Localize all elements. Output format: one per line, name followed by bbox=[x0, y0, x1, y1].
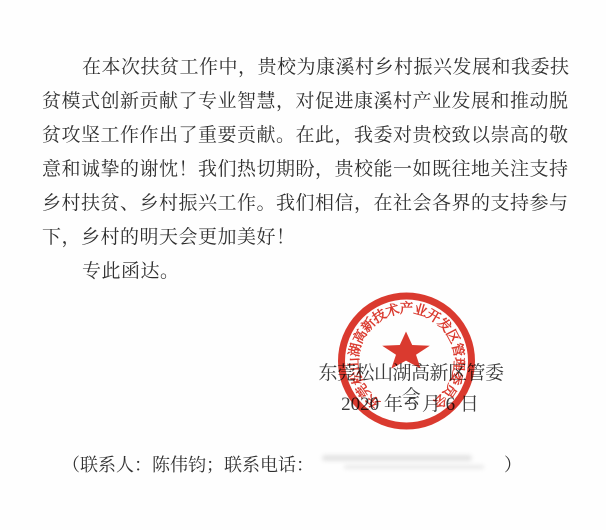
letter-body-line: 在本次扶贫工作中，贵校为康溪村乡村振兴发展和我委扶 bbox=[42, 51, 562, 85]
redacted-phone bbox=[314, 455, 504, 471]
redaction-smudge bbox=[344, 465, 484, 469]
contact-line: （联系人：陈伟钧；联系电话：） bbox=[62, 452, 522, 478]
letter-body-line: 贫攻坚工作作出了重要贡献。在此，我委对贵校致以崇高的敬 bbox=[42, 119, 562, 153]
closing-phrase: 专此函达。 bbox=[82, 255, 180, 289]
official-seal-graphic: 东莞松山湖高新技术产业开发区管理委员会 bbox=[334, 291, 479, 431]
contact-prefix: （联系人：陈伟钧；联系电话： bbox=[62, 455, 314, 475]
letter-body-line: 意和诚挚的谢忱！我们热切期盼，贵校能一如既往地关注支持 bbox=[42, 153, 562, 187]
letter-body-line: 下，乡村的明天会更加美好！ bbox=[42, 221, 562, 255]
star-icon bbox=[382, 332, 430, 369]
letter-document: 在本次扶贫工作中，贵校为康溪村乡村振兴发展和我委扶 贫模式创新贡献了专业智慧，对… bbox=[0, 0, 606, 530]
svg-text:山: 山 bbox=[346, 357, 362, 371]
svg-text:管: 管 bbox=[449, 342, 468, 359]
contact-suffix: ） bbox=[504, 455, 522, 475]
letter-body-line: 乡村扶贫、乡村振兴工作。我们相信，在社会各界的支持参与 bbox=[42, 187, 562, 221]
official-seal: 东莞松山湖高新技术产业开发区管理委员会 bbox=[334, 291, 479, 431]
letter-body-line: 贫模式创新贡献了专业智慧，对促进康溪村产业发展和推动脱 bbox=[42, 85, 562, 119]
letter-body: 在本次扶贫工作中，贵校为康溪村乡村振兴发展和我委扶 贫模式创新贡献了专业智慧，对… bbox=[42, 51, 562, 255]
redaction-smudge bbox=[322, 455, 472, 461]
svg-text:产: 产 bbox=[400, 300, 414, 316]
